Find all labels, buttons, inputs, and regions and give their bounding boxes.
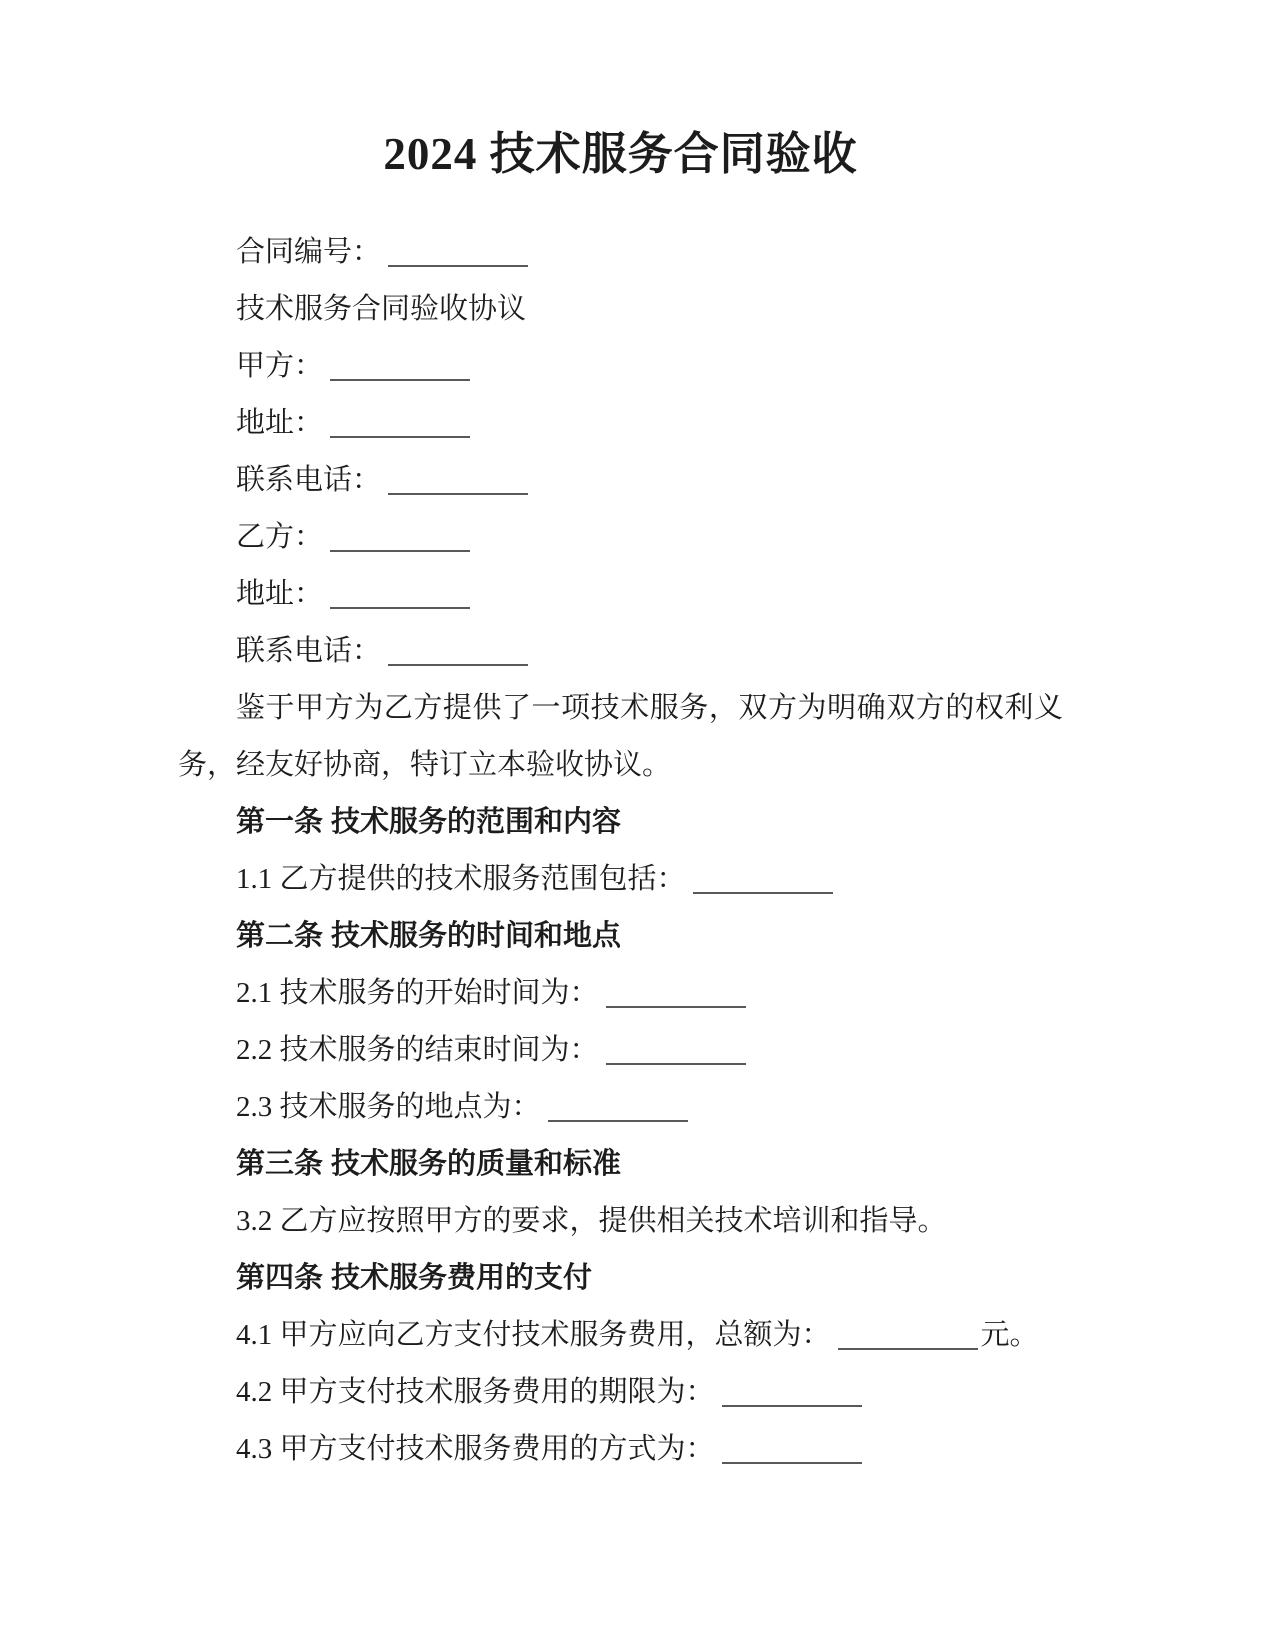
blank-underline <box>548 1092 688 1122</box>
blank-underline <box>722 1377 862 1407</box>
paragraph: 技术服务合同验收协议 <box>178 281 1063 338</box>
section-heading: 第一条 技术服务的范围和内容 <box>178 794 1063 851</box>
field-line: 2.3 技术服务的地点为： <box>178 1079 1063 1136</box>
blank-underline <box>693 864 833 894</box>
field-line: 4.1 甲方应向乙方支付技术服务费用，总额为：元。 <box>178 1307 1063 1364</box>
section-heading: 第四条 技术服务费用的支付 <box>178 1250 1063 1307</box>
field-line: 甲方： <box>178 338 1063 395</box>
field-label: 联系电话： <box>236 635 381 667</box>
document-body: 合同编号：技术服务合同验收协议甲方：地址：联系电话：乙方：地址：联系电话：鉴于甲… <box>178 224 1063 1478</box>
blank-underline <box>388 237 528 267</box>
field-label: 2.2 技术服务的结束时间为： <box>236 1034 599 1066</box>
field-label: 4.1 甲方应向乙方支付技术服务费用，总额为： <box>236 1319 831 1351</box>
field-line: 地址： <box>178 566 1063 623</box>
paragraph: 3.2 乙方应按照甲方的要求，提供相关技术培训和指导。 <box>178 1193 1063 1250</box>
blank-underline <box>388 636 528 666</box>
field-suffix: 元。 <box>981 1319 1039 1351</box>
blank-underline <box>606 978 746 1008</box>
field-label: 2.1 技术服务的开始时间为： <box>236 977 599 1009</box>
field-label: 4.2 甲方支付技术服务费用的期限为： <box>236 1376 715 1408</box>
field-label: 乙方： <box>236 521 323 553</box>
section-heading: 第三条 技术服务的质量和标准 <box>178 1136 1063 1193</box>
field-line: 1.1 乙方提供的技术服务范围包括： <box>178 851 1063 908</box>
field-line: 2.1 技术服务的开始时间为： <box>178 965 1063 1022</box>
paragraph: 鉴于甲方为乙方提供了一项技术服务，双方为明确双方的权利义务，经友好协商，特订立本… <box>178 680 1063 794</box>
blank-underline <box>606 1035 746 1065</box>
field-label: 1.1 乙方提供的技术服务范围包括： <box>236 863 686 895</box>
field-line: 联系电话： <box>178 452 1063 509</box>
blank-underline <box>330 579 470 609</box>
document-title: 2024 技术服务合同验收 <box>178 128 1063 180</box>
field-label: 联系电话： <box>236 464 381 496</box>
field-label: 合同编号： <box>236 236 381 268</box>
field-line: 联系电话： <box>178 623 1063 680</box>
field-label: 地址： <box>236 578 323 610</box>
field-line: 乙方： <box>178 509 1063 566</box>
blank-underline <box>388 465 528 495</box>
field-label: 甲方： <box>236 350 323 382</box>
section-heading: 第二条 技术服务的时间和地点 <box>178 908 1063 965</box>
field-line: 4.2 甲方支付技术服务费用的期限为： <box>178 1364 1063 1421</box>
field-line: 4.3 甲方支付技术服务费用的方式为： <box>178 1421 1063 1478</box>
blank-underline <box>330 351 470 381</box>
field-label: 2.3 技术服务的地点为： <box>236 1091 541 1123</box>
blank-underline <box>330 408 470 438</box>
field-label: 地址： <box>236 407 323 439</box>
contract-page: 2024 技术服务合同验收 合同编号：技术服务合同验收协议甲方：地址：联系电话：… <box>0 0 1275 1650</box>
blank-underline <box>330 522 470 552</box>
field-label: 4.3 甲方支付技术服务费用的方式为： <box>236 1433 715 1465</box>
field-line: 地址： <box>178 395 1063 452</box>
field-line: 2.2 技术服务的结束时间为： <box>178 1022 1063 1079</box>
blank-underline <box>838 1320 978 1350</box>
field-line: 合同编号： <box>178 224 1063 281</box>
blank-underline <box>722 1434 862 1464</box>
